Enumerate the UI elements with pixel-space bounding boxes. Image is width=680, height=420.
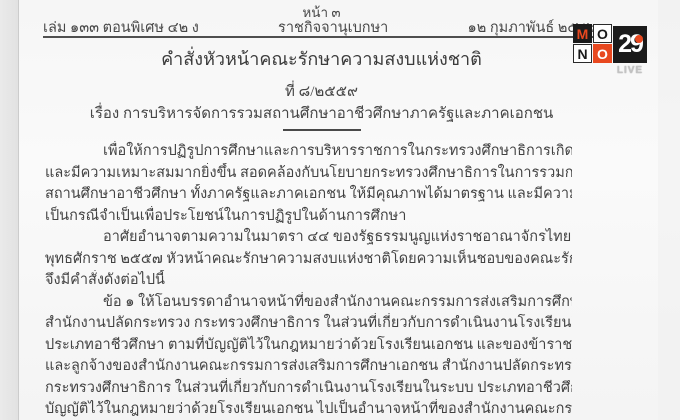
document-line: และลูกจ้างของสำนักงานคณะกรรมการส่งเสริมก… <box>45 356 572 378</box>
logo-tile-m: M <box>573 24 592 43</box>
logo-tile-o2: O <box>593 44 612 63</box>
channel-number: 29 <box>613 26 647 63</box>
mono29-logo: M O N O 29 LIVE <box>573 22 653 80</box>
document-line: และมีความเหมาะสมมากยิ่งขึ้น สอดคล้องกับน… <box>45 163 572 185</box>
document-line: จึงมีคำสั่งดังต่อไปนี้ <box>45 270 572 292</box>
document-line: สำนักงานปลัดกระทรวง กระทรวงศึกษาธิการ ใน… <box>45 313 572 335</box>
logo-tile-n: N <box>573 44 592 63</box>
document-line: กระทรวงศึกษาธิการ ในส่วนที่เกี่ยวกับการด… <box>45 378 572 400</box>
tv-frame: หน้า ๓ เล่ม ๑๓๓ ตอนพิเศษ ๔๒ ง ราชกิจจานุ… <box>0 0 680 420</box>
document-line: ประเภทอาชีวศึกษา ตามที่บัญญัติไว้ในกฎหมา… <box>45 335 572 357</box>
logo-tile-o1: O <box>593 24 612 43</box>
document-line: อาศัยอำนาจตามความในมาตรา ๔๔ ของรัฐธรรมนู… <box>45 227 572 249</box>
header-rule <box>43 36 595 38</box>
document-line: เพื่อให้การปฏิรูปการศึกษาและการบริหารราช… <box>45 141 572 163</box>
title-divider-rule <box>283 129 361 131</box>
order-body: เพื่อให้การปฏิรูปการศึกษาและการบริหารราช… <box>45 141 572 420</box>
order-title: คำสั่งหัวหน้าคณะรักษาความสงบแห่งชาติ <box>43 44 600 73</box>
orange-dot-icon <box>635 35 643 43</box>
document-line: ข้อ ๑ ให้โอนบรรดาอำนาจหน้าที่ของสำนักงาน… <box>45 292 572 314</box>
document-line: สถานศึกษาอาชีวศึกษา ทั้งภาครัฐและภาคเอกช… <box>45 184 572 206</box>
mono-letter-grid: M O N O <box>573 24 613 64</box>
document-line: เป็นกรณีจำเป็นเพื่อประโยชน์ในการปฏิรูปใน… <box>45 206 572 228</box>
document-line: บัญญัติไว้ในกฎหมายว่าด้วยโรงเรียนเอกชน ไ… <box>45 399 572 420</box>
document-line: พุทธศักราช ๒๕๕๗ หัวหน้าคณะรักษาความสงบแห… <box>45 249 572 271</box>
live-badge: LIVE <box>613 65 647 76</box>
order-subject: เรื่อง การบริหารจัดการรวมสถานศึกษาอาชีวศ… <box>43 101 600 125</box>
order-number: ที่ ๘/๒๕๕๙ <box>43 79 600 103</box>
